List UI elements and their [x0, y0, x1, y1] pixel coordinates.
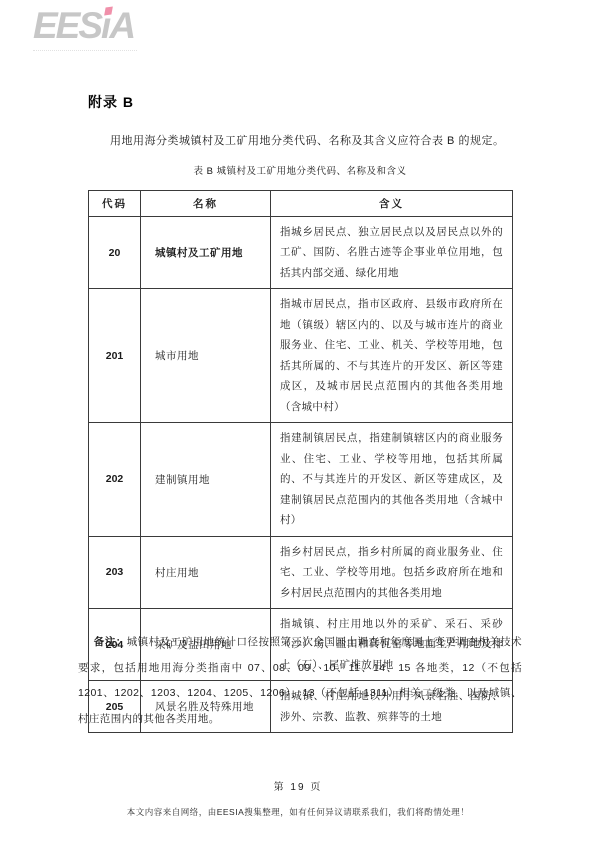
table-header: 代码 名称 含义 — [89, 191, 513, 217]
table-row: 202建制镇用地指建制镇居民点，指建制镇辖区内的商业服务业、住宅、工业、学校等用… — [89, 423, 513, 536]
name-cell: 村庄用地 — [141, 536, 271, 608]
header-meaning: 含义 — [271, 191, 513, 217]
header-name: 名称 — [141, 191, 271, 217]
name-cell: 建制镇用地 — [141, 423, 271, 536]
eesia-logo: EESıA — [33, 6, 134, 47]
logo-text-left: EES — [33, 5, 101, 46]
code-cell: 201 — [89, 289, 141, 423]
meaning-cell: 指乡村居民点，指乡村所属的商业服务业、住宅、工业、学校等用地。包括乡政府所在地和… — [271, 536, 513, 608]
code-cell: 203 — [89, 536, 141, 608]
note-text: 城镇村及工矿用地统计口径按照第三次全国国土调查和年度国土变更调查相关技术要求，包… — [78, 636, 522, 725]
meaning-cell: 指城市居民点，指市区政府、县级市政府所在地（镇级）辖区内的、以及与城市连片的商业… — [271, 289, 513, 423]
table-row: 203村庄用地指乡村居民点，指乡村所属的商业服务业、住宅、工业、学校等用地。包括… — [89, 536, 513, 608]
appendix-heading: 附录 B — [88, 92, 134, 112]
code-cell: 20 — [89, 217, 141, 289]
meaning-cell: 指建制镇居民点，指建制镇辖区内的商业服务业、住宅、工业、学校等用地，包括其所属的… — [271, 423, 513, 536]
logo-text-right: A — [109, 5, 134, 46]
footer-disclaimer: 本文内容来自网络，由EESIA搜集整理，如有任何异议请联系我们，我们将酌情处理！ — [0, 806, 596, 818]
header-row: 代码 名称 含义 — [89, 191, 513, 217]
document-page: { "logo": { "text": "EESiA", "part_left"… — [0, 0, 596, 842]
note-label: 备注： — [94, 636, 127, 648]
name-cell: 城镇村及工矿用地 — [141, 217, 271, 289]
code-cell: 202 — [89, 423, 141, 536]
intro-paragraph: 用地用海分类城镇村及工矿用地分类代码、名称及其含义应符合表 B 的规定。 — [88, 133, 516, 151]
name-cell: 城市用地 — [141, 289, 271, 423]
note-paragraph: 备注：城镇村及工矿用地统计口径按照第三次全国国土调查和年度国土变更调查相关技术要… — [78, 630, 522, 733]
logo-underline — [33, 50, 137, 51]
logo-letter-i: ı — [101, 6, 109, 47]
meaning-cell: 指城乡居民点、独立居民点以及居民点以外的工矿、国防、名胜古迹等企事业单位用地，包… — [271, 217, 513, 289]
page-number: 第 19 页 — [0, 778, 596, 793]
table-row: 20城镇村及工矿用地指城乡居民点、独立居民点以及居民点以外的工矿、国防、名胜古迹… — [89, 217, 513, 289]
table-caption: 表 B 城镇村及工矿用地分类代码、名称及和含义 — [88, 163, 512, 177]
header-code: 代码 — [89, 191, 141, 217]
table-row: 201城市用地指城市居民点，指市区政府、县级市政府所在地（镇级）辖区内的、以及与… — [89, 289, 513, 423]
